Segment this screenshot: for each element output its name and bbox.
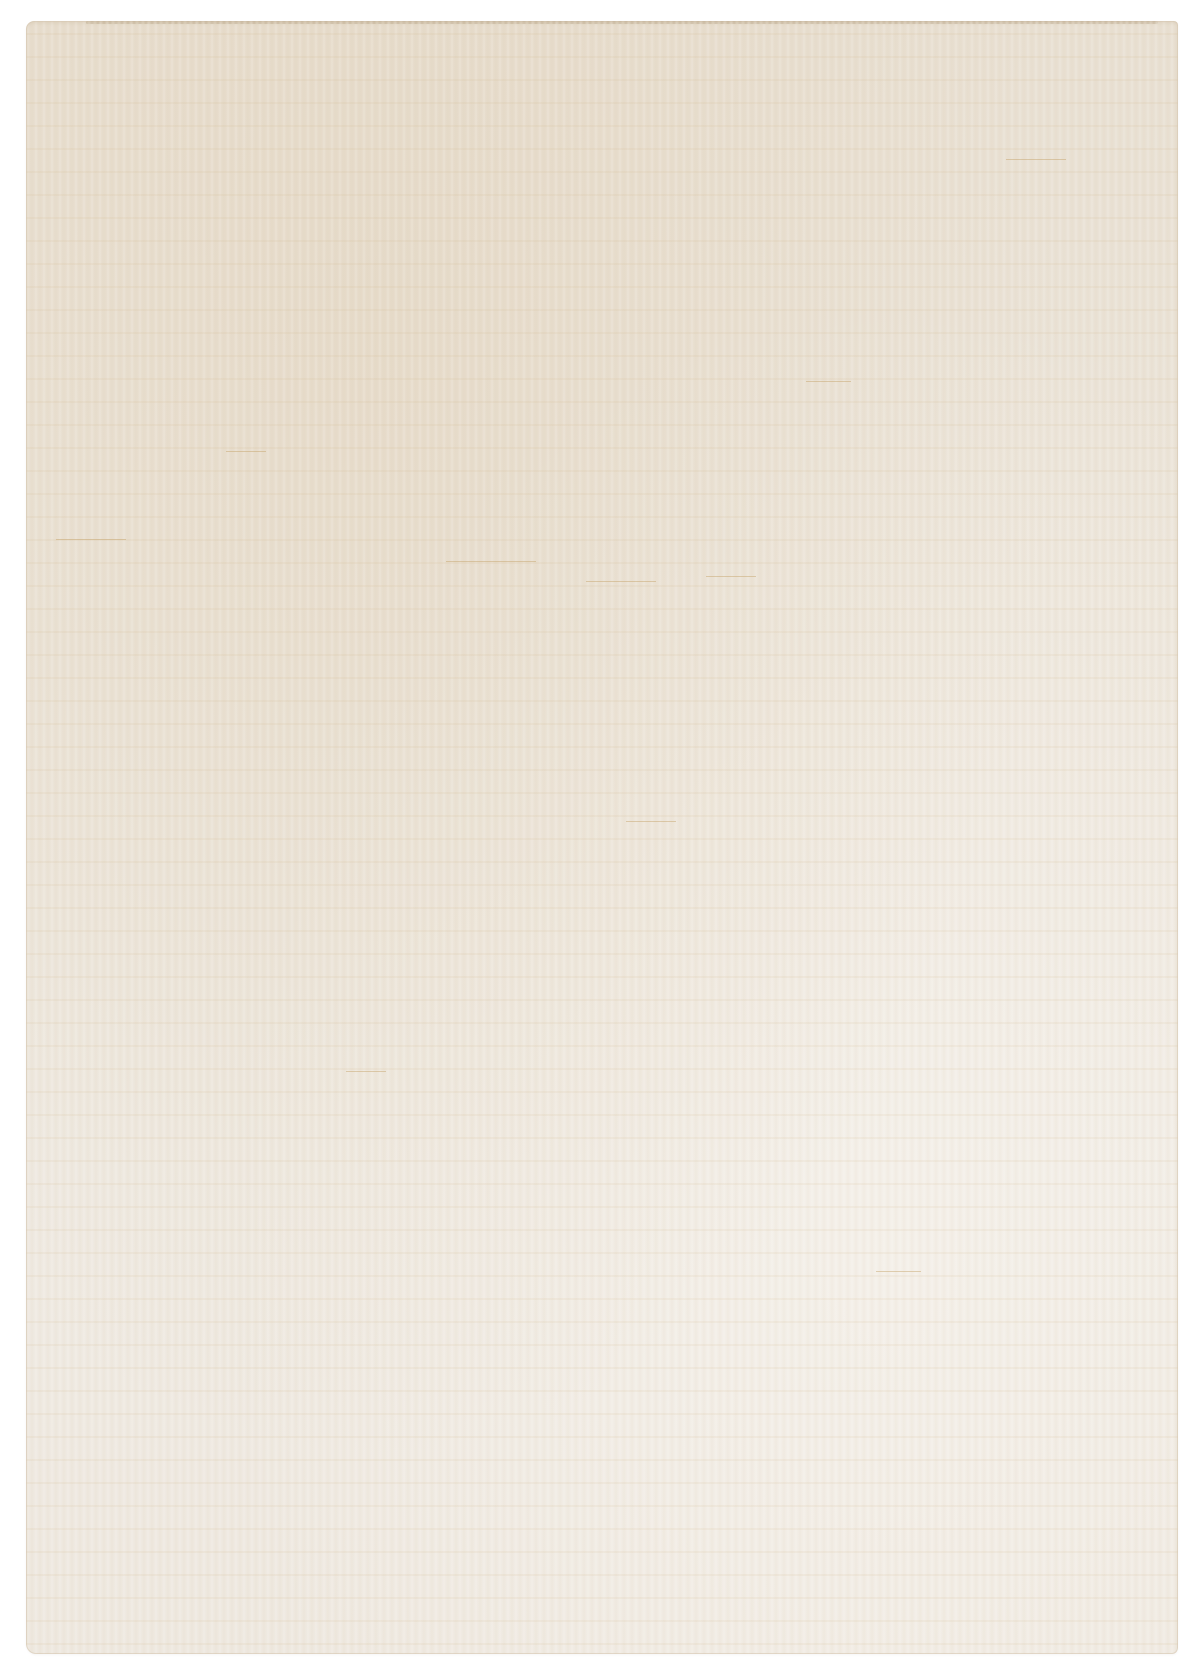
texture-streak [806,381,851,382]
texture-streak [876,1271,921,1272]
texture-streak [1006,159,1066,160]
rug-top-edge-binding [86,21,1158,24]
texture-streak [706,576,756,577]
rug [26,21,1178,1654]
texture-streak [226,451,266,452]
texture-streak [626,821,676,822]
texture-streak [56,539,126,540]
texture-streak [586,581,656,582]
texture-streak [346,1071,386,1072]
texture-streak [446,561,536,562]
product-photo [0,0,1200,1668]
